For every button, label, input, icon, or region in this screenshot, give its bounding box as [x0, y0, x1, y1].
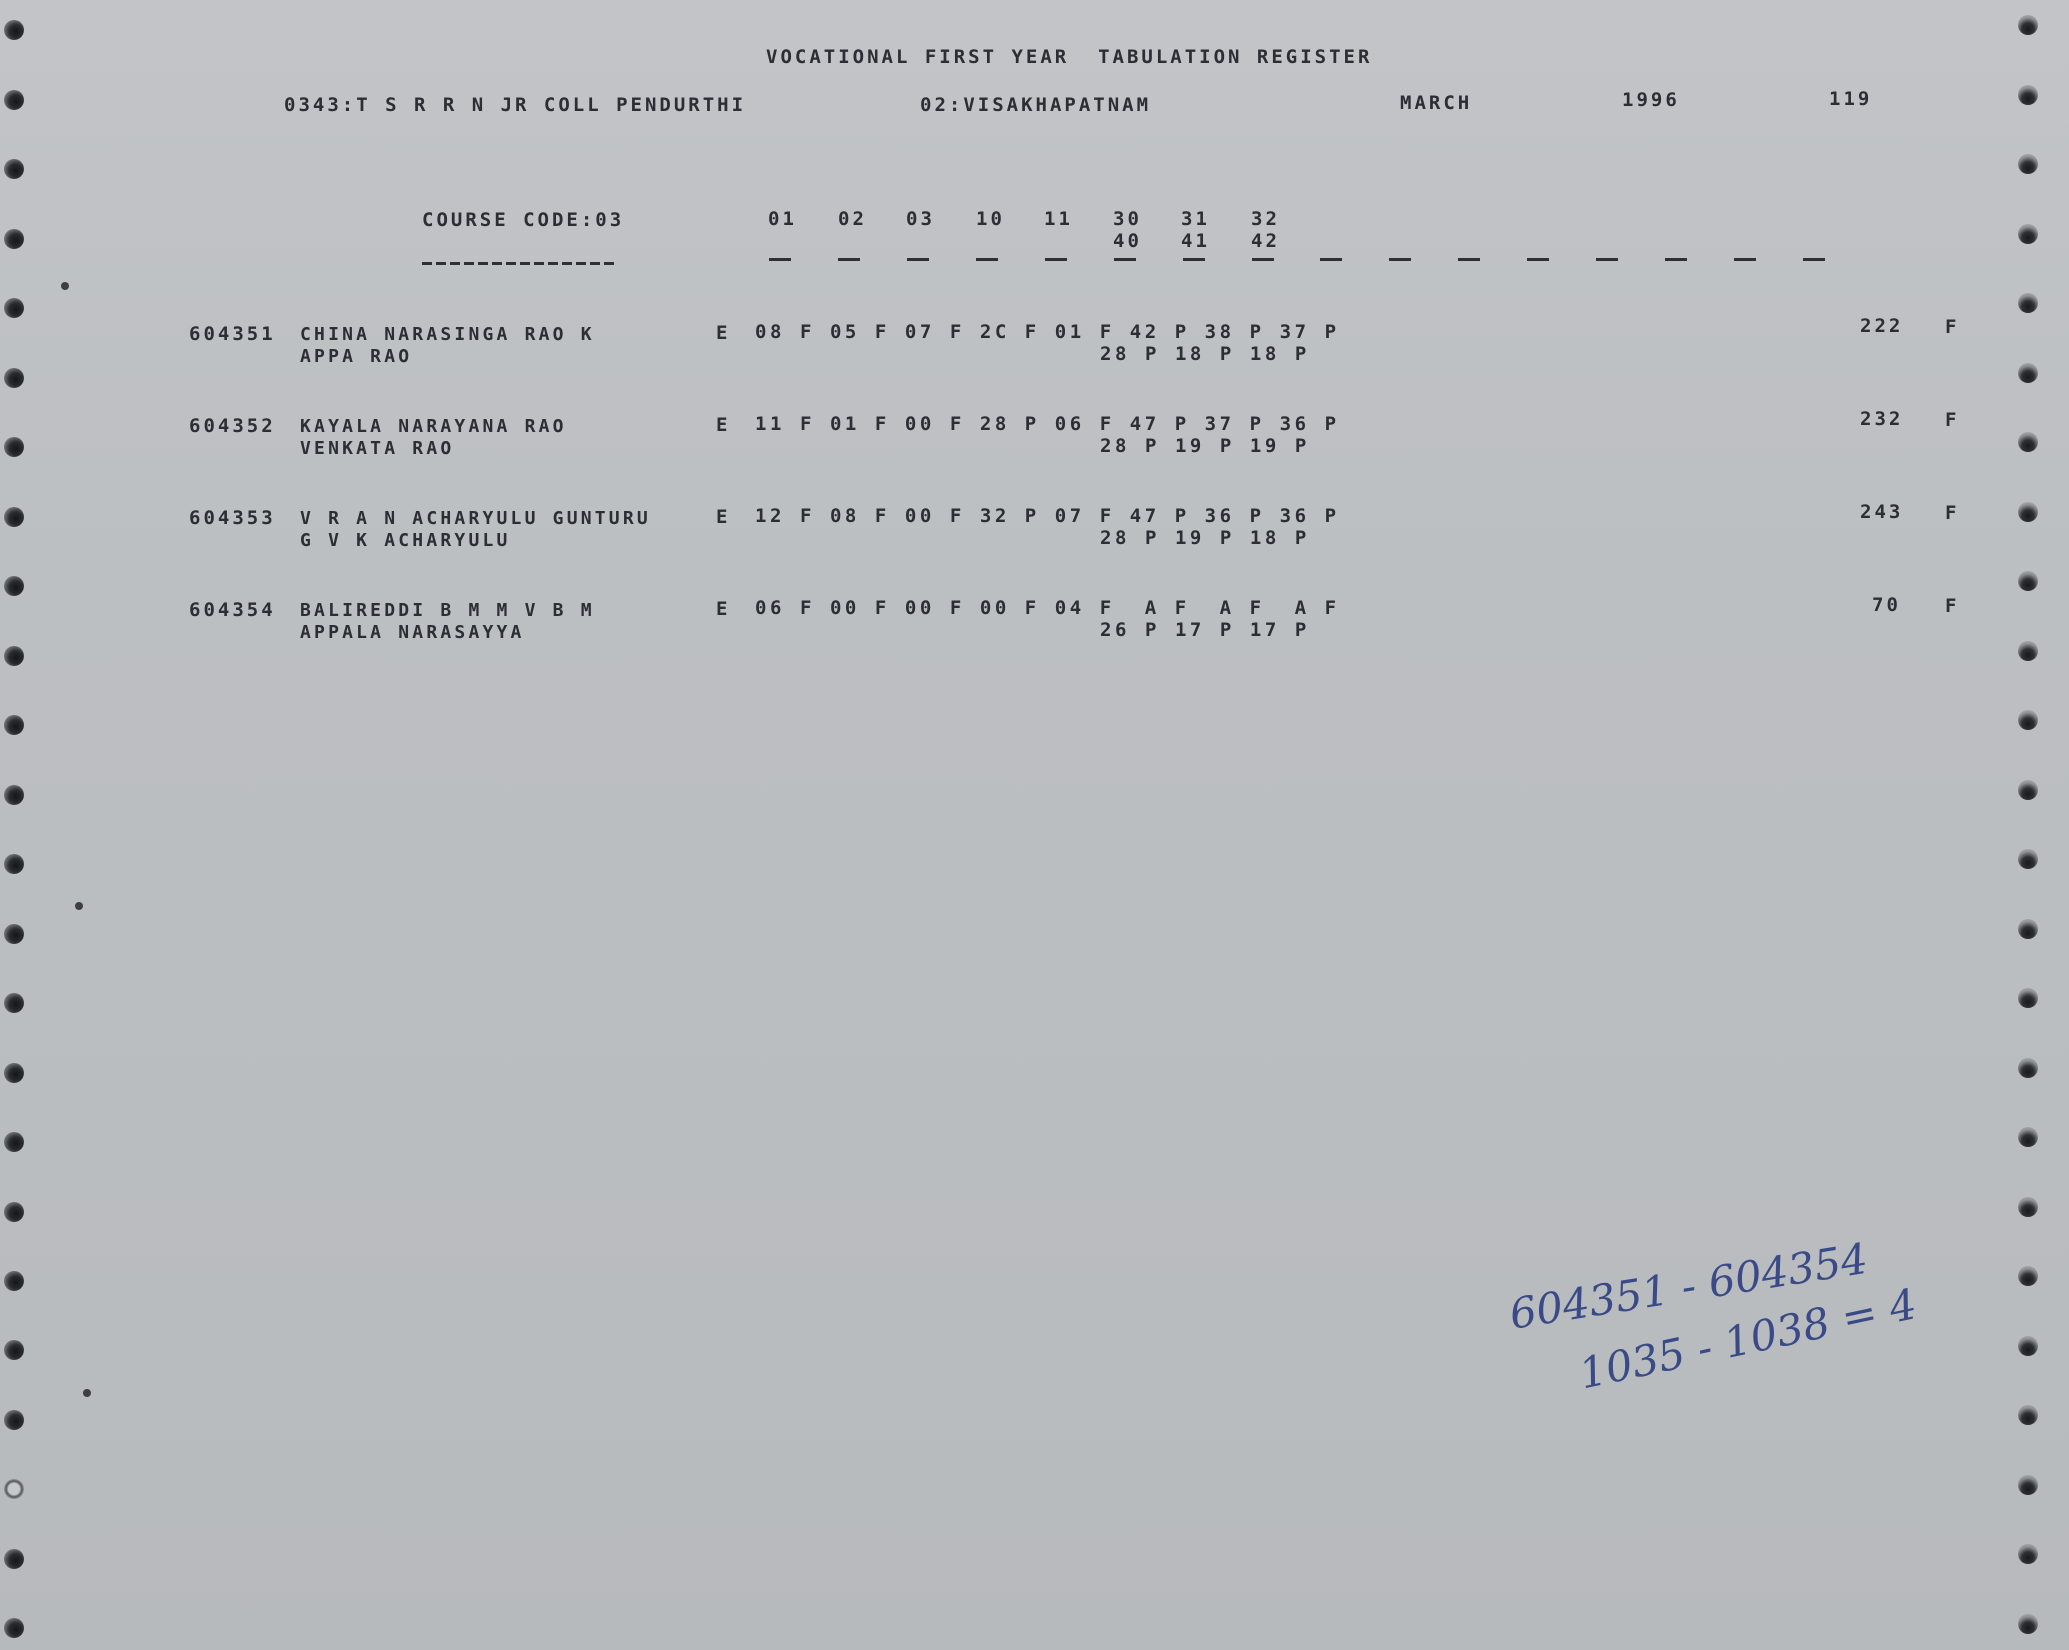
feed-hole-icon: [4, 159, 24, 179]
feed-hole-icon: [2018, 1058, 2038, 1078]
column-dash: [1252, 258, 1274, 261]
feed-hole-icon: [4, 1618, 24, 1638]
medium: E: [716, 598, 730, 620]
ink-speck: [75, 902, 83, 910]
father-name: VENKATA RAO: [300, 438, 454, 460]
result: F: [1945, 316, 1959, 338]
feed-hole-icon: [2018, 293, 2038, 313]
column-dash: [769, 258, 791, 261]
feed-hole-icon: [2018, 502, 2038, 522]
subject-code: 42: [1251, 230, 1280, 252]
column-dash: [907, 258, 929, 261]
student-name: KAYALA NARAYANA RAO: [300, 416, 567, 438]
feed-hole-icon: [2018, 1127, 2038, 1147]
marks-line-2: 28 P 19 P 18 P: [1100, 527, 1310, 549]
feed-hole-icon: [4, 507, 24, 527]
column-dash: [1458, 258, 1480, 261]
marks-line-1: 11 F 01 F 00 F 28 P 06 F 47 P 37 P 36 P: [755, 413, 1340, 435]
feed-hole-icon: [2018, 571, 2038, 591]
marks-line-2: 28 P 18 P 18 P: [1100, 343, 1310, 365]
feed-hole-icon: [4, 368, 24, 388]
column-dash: [1114, 258, 1136, 261]
feed-hole-icon: [2018, 641, 2038, 661]
feed-hole-icon: [2018, 988, 2038, 1008]
father-name: G V K ACHARYULU: [300, 530, 511, 552]
roll-number: 604353: [189, 507, 276, 529]
feed-hole-icon: [4, 715, 24, 735]
subject-code: 10: [976, 208, 1005, 230]
column-dash: [976, 258, 998, 261]
feed-hole-icon: [4, 646, 24, 666]
page-number: 119: [1829, 88, 1872, 110]
exam-month: MARCH: [1400, 92, 1472, 114]
subject-code: 03: [906, 208, 935, 230]
column-dash: [1045, 258, 1067, 261]
column-dash: [1389, 258, 1411, 261]
feed-hole-icon: [4, 437, 24, 457]
roll-number: 604352: [189, 415, 276, 437]
feed-hole-icon: [2018, 1544, 2038, 1564]
feed-hole-icon: [2018, 1475, 2038, 1495]
marks-line-2: 26 P 17 P 17 P: [1100, 619, 1310, 641]
column-dash: [1803, 258, 1825, 261]
feed-hole-icon: [4, 298, 24, 318]
district-name: 02:VISAKHAPATNAM: [920, 94, 1151, 116]
column-dash: [1320, 258, 1342, 261]
column-dash: [1527, 258, 1549, 261]
subject-code: 02: [838, 208, 867, 230]
marks-line-2: 28 P 19 P 19 P: [1100, 435, 1310, 457]
feed-hole-icon: [2018, 710, 2038, 730]
student-name: BALIREDDI B M M V B M: [300, 600, 595, 622]
feed-hole-icon: [4, 854, 24, 874]
college-name: 0343:T S R R N JR COLL PENDURTHI: [284, 94, 746, 116]
roll-number: 604351: [189, 323, 276, 345]
feed-hole-icon: [4, 576, 24, 596]
father-name: APPA RAO: [300, 346, 412, 368]
column-dash: [1734, 258, 1756, 261]
feed-hole-icon: [2018, 1405, 2038, 1425]
feed-hole-icon: [2018, 780, 2038, 800]
feed-hole-icon: [4, 20, 24, 40]
feed-hole-icon: [4, 1132, 24, 1152]
course-code-underline: [422, 262, 618, 265]
register-title: VOCATIONAL FIRST YEAR TABULATION REGISTE…: [766, 46, 1372, 68]
ink-speck: [83, 1389, 91, 1397]
feed-hole-icon: [2018, 15, 2038, 35]
feed-hole-icon: [4, 229, 24, 249]
subject-code: 11: [1044, 208, 1073, 230]
student-name: V R A N ACHARYULU GUNTURU: [300, 508, 651, 530]
subject-code: 32: [1251, 208, 1280, 230]
marks-line-1: 06 F 00 F 00 F 00 F 04 F A F A F A F: [755, 597, 1340, 619]
left-tractor-holes: [4, 0, 44, 1650]
medium: E: [716, 322, 730, 344]
total-marks: 70: [1872, 594, 1901, 616]
subject-code: 01: [768, 208, 797, 230]
feed-hole-icon: [4, 1063, 24, 1083]
feed-hole-icon: [4, 90, 24, 110]
result: F: [1945, 502, 1959, 524]
total-marks: 243: [1860, 501, 1903, 523]
right-tractor-holes: [2018, 0, 2058, 1650]
feed-hole-icon: [4, 1340, 24, 1360]
column-dash: [1183, 258, 1205, 261]
column-dash: [838, 258, 860, 261]
student-name: CHINA NARASINGA RAO K: [300, 324, 595, 346]
feed-hole-icon: [2018, 224, 2038, 244]
feed-hole-icon: [4, 1549, 24, 1569]
subject-code: 30: [1113, 208, 1142, 230]
feed-hole-icon: [4, 1479, 24, 1499]
feed-hole-icon: [2018, 85, 2038, 105]
result: F: [1945, 409, 1959, 431]
column-dash: [1596, 258, 1618, 261]
feed-hole-icon: [2018, 432, 2038, 452]
subject-code: 41: [1181, 230, 1210, 252]
feed-hole-icon: [2018, 1614, 2038, 1634]
exam-year: 1996: [1622, 89, 1680, 111]
ink-speck: [61, 282, 69, 290]
tabulation-register-page: VOCATIONAL FIRST YEAR TABULATION REGISTE…: [0, 0, 2069, 1650]
course-code-label: COURSE CODE:03: [422, 209, 624, 231]
feed-hole-icon: [2018, 1197, 2038, 1217]
column-dash: [1665, 258, 1687, 261]
total-marks: 232: [1860, 408, 1903, 430]
total-marks: 222: [1860, 315, 1903, 337]
feed-hole-icon: [2018, 849, 2038, 869]
feed-hole-icon: [2018, 919, 2038, 939]
marks-line-1: 08 F 05 F 07 F 2C F 01 F 42 P 38 P 37 P: [755, 321, 1340, 343]
father-name: APPALA NARASAYYA: [300, 622, 525, 644]
feed-hole-icon: [2018, 363, 2038, 383]
medium: E: [716, 506, 730, 528]
feed-hole-icon: [4, 785, 24, 805]
feed-hole-icon: [4, 1202, 24, 1222]
result: F: [1945, 595, 1959, 617]
subject-code: 40: [1113, 230, 1142, 252]
roll-number: 604354: [189, 599, 276, 621]
feed-hole-icon: [4, 924, 24, 944]
marks-line-1: 12 F 08 F 00 F 32 P 07 F 47 P 36 P 36 P: [755, 505, 1340, 527]
feed-hole-icon: [4, 1410, 24, 1430]
feed-hole-icon: [2018, 154, 2038, 174]
feed-hole-icon: [2018, 1336, 2038, 1356]
feed-hole-icon: [4, 993, 24, 1013]
feed-hole-icon: [4, 1271, 24, 1291]
medium: E: [716, 414, 730, 436]
subject-code: 31: [1181, 208, 1210, 230]
feed-hole-icon: [2018, 1266, 2038, 1286]
